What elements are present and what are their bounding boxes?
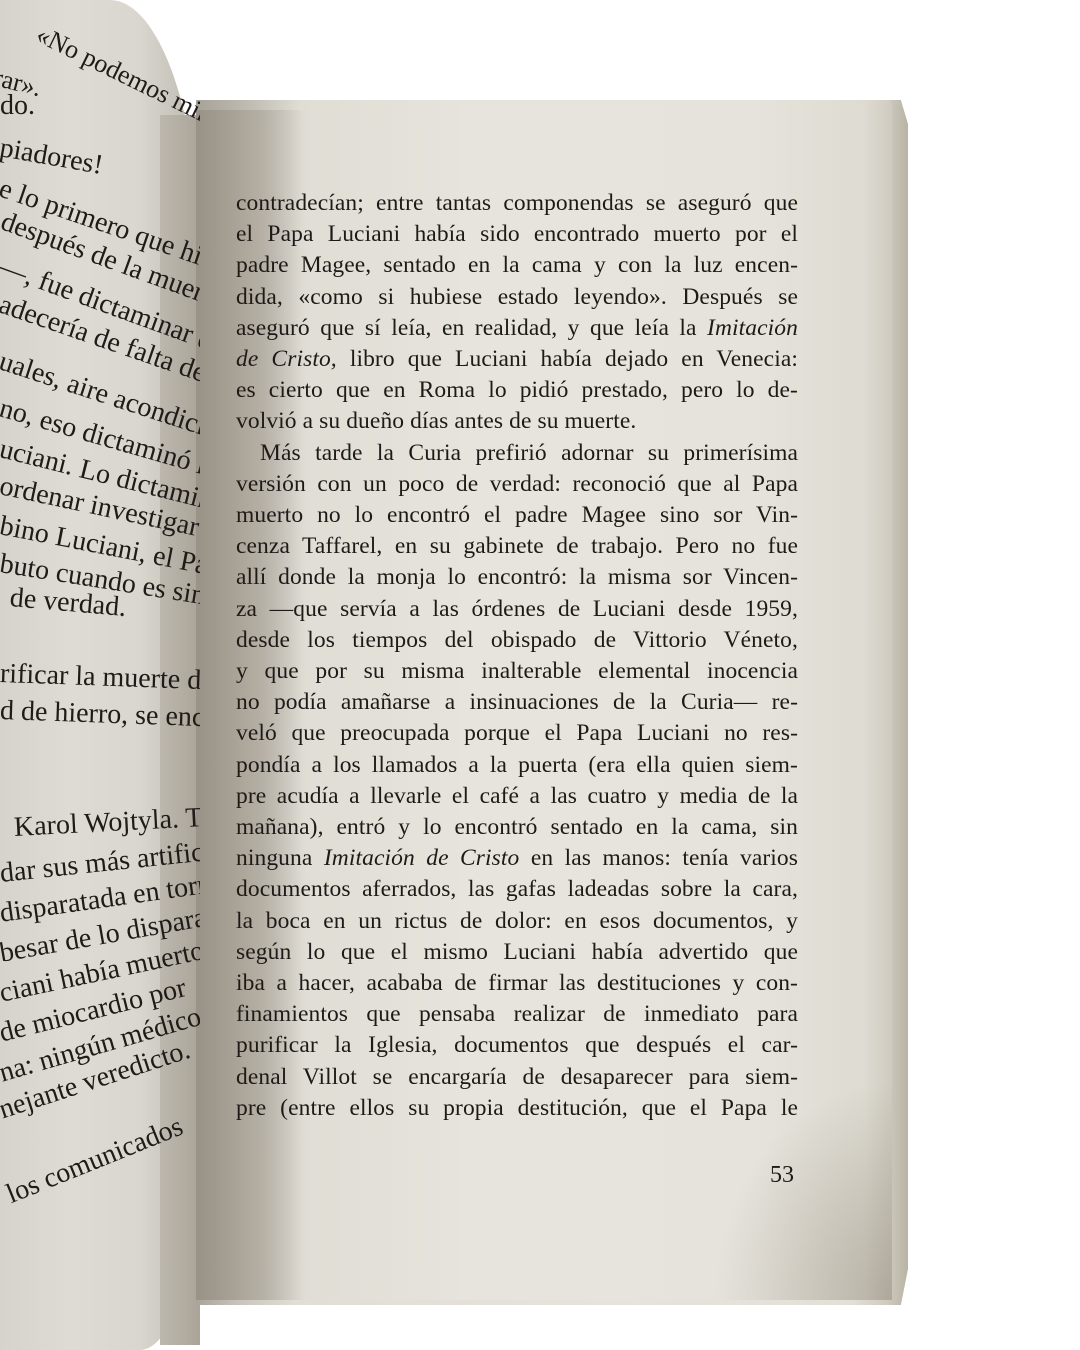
text-line: el Papa Luciani había sido encontrado mu… <box>236 219 798 250</box>
italic-title: Imitación <box>707 315 798 341</box>
left-text-fragment: rificar la muerte de <box>0 658 200 697</box>
text-line: purificar la Iglesia, documentos que des… <box>236 1030 798 1061</box>
text-run: en las manos: tenía varios <box>519 845 798 871</box>
text-line: documentos aferrados, las gafas ladeadas… <box>236 874 798 905</box>
text-line: es cierto que en Roma lo pidió prestado,… <box>236 375 798 406</box>
left-text-fragment: «No podemos mirar <box>31 20 200 138</box>
left-page-text: «No podemos mirar rar». do. piadores! e … <box>0 0 200 1350</box>
text-line: ninguna Imitación de Cristo en las manos… <box>236 843 798 874</box>
right-page-body-text: contradecían; entre tantas componendas s… <box>236 188 798 1124</box>
text-line: volvió a su dueño días antes de su muert… <box>236 406 798 437</box>
text-line: según lo que el mismo Luciani había adve… <box>236 937 798 968</box>
text-line: versión con un poco de verdad: reconoció… <box>236 469 798 500</box>
text-line: no podía amañarse a insinuaciones de la … <box>236 687 798 718</box>
text-line: desde los tiempos del obispado de Vittor… <box>236 625 798 656</box>
page-number: 53 <box>770 1162 794 1189</box>
text-line: finamientos que pensaba realizar de inme… <box>236 999 798 1030</box>
text-line: de Cristo, libro que Luciani había dejad… <box>236 344 798 375</box>
text-line: y que por su misma inalterable elemental… <box>236 656 798 687</box>
text-line: veló que preocupada porque el Papa Lucia… <box>236 718 798 749</box>
text-line: aseguró que sí leía, en realidad, y que … <box>236 313 798 344</box>
left-text-fragment: do. <box>0 90 35 122</box>
text-line: muerto no lo encontró el padre Magee sin… <box>236 500 798 531</box>
text-run: ninguna <box>236 845 324 871</box>
text-line: Más tarde la Curia prefirió adornar su p… <box>236 438 798 469</box>
left-text-fragment: d de hierro, se enc <box>0 695 200 734</box>
text-line: contradecían; entre tantas componendas s… <box>236 188 798 219</box>
left-text-fragment: piadores! <box>0 132 105 182</box>
text-line: iba a hacer, acababa de firmar las desti… <box>236 968 798 999</box>
text-line: denal Villot se encargaría de desaparece… <box>236 1062 798 1093</box>
italic-title: Imitación de Cristo <box>324 845 520 871</box>
text-line: padre Magee, sentado en la cama y con la… <box>236 250 798 281</box>
text-line: la boca en un rictus de dolor: en esos d… <box>236 906 798 937</box>
text-run: libro que Luciani había dejado en Veneci… <box>337 346 798 372</box>
text-line: allí donde la monja lo encontró: la mism… <box>236 562 798 593</box>
italic-title: de Cristo, <box>236 346 337 372</box>
text-line: pre (entre ellos su propia destitución, … <box>236 1093 798 1124</box>
text-line: za —que servía a las órdenes de Luciani … <box>236 594 798 625</box>
text-line: pre acudía a llevarle el café a las cuat… <box>236 781 798 812</box>
text-line: pondía a los llamados a la puerta (era e… <box>236 750 798 781</box>
text-line: dida, «como si hubiese estado leyendo». … <box>236 282 798 313</box>
left-text-fragment: Karol Wojtyla. Te <box>13 802 200 844</box>
text-line: cenza Taffarel, en su gabinete de trabaj… <box>236 531 798 562</box>
left-text-fragment: los comunicados <box>2 1111 188 1211</box>
text-run: aseguró que sí leía, en realidad, y que … <box>236 315 707 341</box>
text-line: mañana), entró y lo encontró sentado en … <box>236 812 798 843</box>
